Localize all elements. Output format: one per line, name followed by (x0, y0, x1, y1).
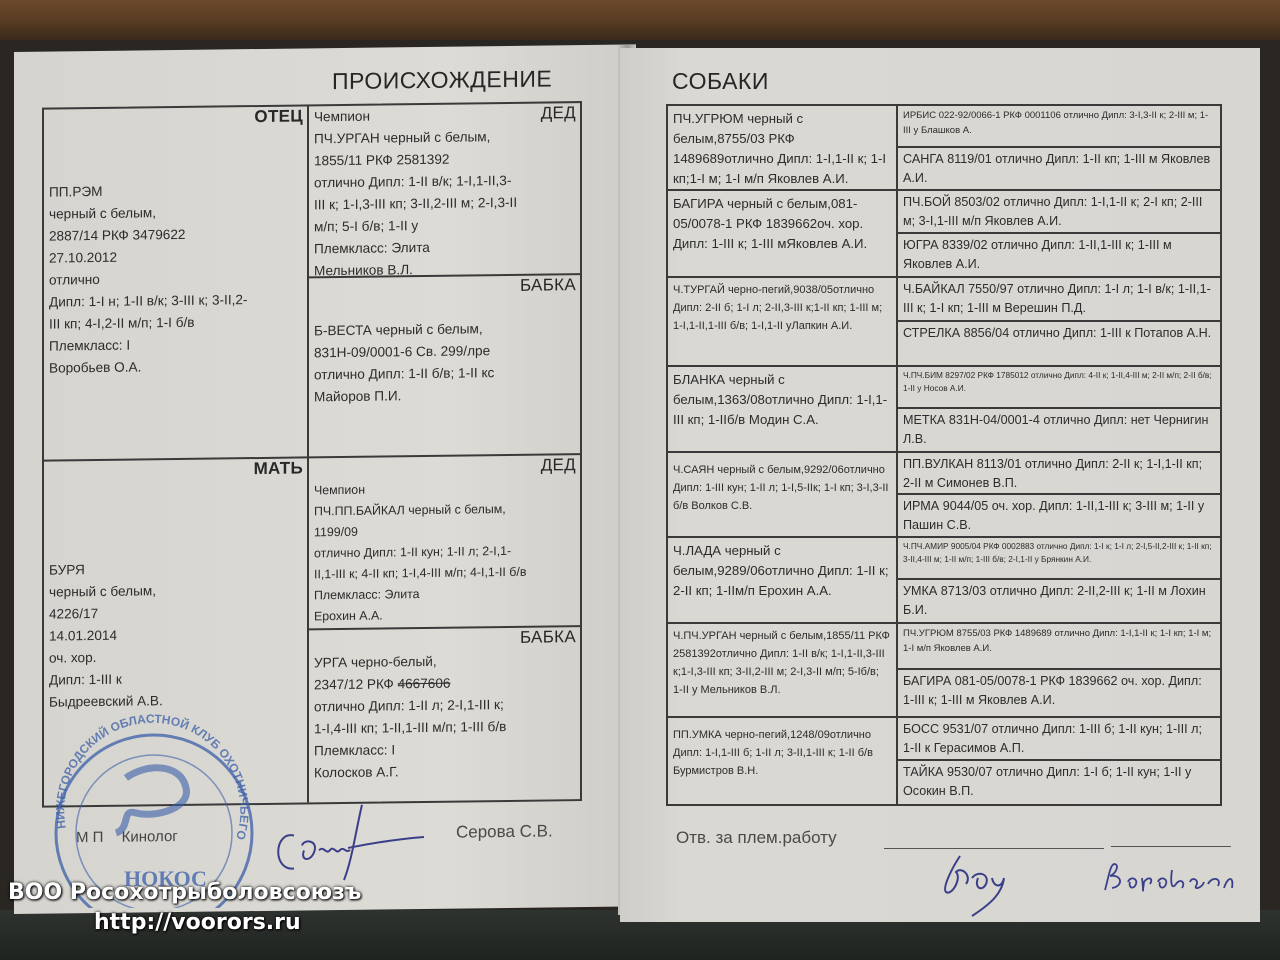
text-line: Ерохин А.А. (314, 603, 574, 627)
text-line: III кп; 4-I,2-II м/п; 1-I б/в (49, 310, 301, 335)
text-line: Б-ВЕСТА черный с белым, (314, 317, 574, 342)
grandfather-label: ДЕД (541, 455, 576, 475)
right-page: СОБАКИ ПЧ.УГРЮМ черный с белым,8755/03 Р… (620, 48, 1260, 922)
text-line: 9289/06 (717, 563, 765, 578)
mother-details: БУРЯчерный с белым,4226/1714.01.2014оч. … (49, 556, 301, 713)
name-line (1111, 846, 1231, 847)
text-line: 9292/06 (804, 464, 844, 476)
text-line: Племкласс: I (49, 332, 301, 357)
maternal-grandmother-cell: БАБКА УРГА черно-белый, 2347/12 РКФ 4667… (309, 627, 580, 802)
ancestor-subcell: ИРБИС 022-92/0066-1 РКФ 0001106 отлично … (898, 106, 1220, 148)
cynologist-name: Серова С.В. (456, 821, 553, 842)
text-line: Дипл: 1-I н; 1-II в/к; 3-III к; 3-II,2- (49, 288, 301, 313)
ancestor-cell: ПЧ.УГРЮМ черный с белым,8755/03 РКФ 1489… (668, 106, 898, 189)
text-line: 27.10.2012 (49, 244, 301, 269)
text-line: 1855/11 РКФ 2581392 (314, 147, 574, 172)
text-line: Дипл: 1-III к (49, 666, 301, 691)
text-line: Ч.ТУРГАЙ черно-пегий, (673, 284, 793, 296)
text-line: 4226/17 (49, 600, 301, 625)
cynologist-footer: М П Кинолог Серова С.В. (76, 828, 178, 846)
ancestor-subcell: ПП.ВУЛКАН 8113/01 отлично Дипл: 2-II к; … (898, 453, 1220, 495)
ancestor-subcell: САНГА 8119/01 отлично Дипл: 1-II кп; 1-I… (898, 148, 1220, 190)
ancestor-cell: БЛАНКА черный с белым,1363/08отлично Дип… (668, 367, 898, 451)
text-line: ПЧ.УРГАН черный с белым, (314, 125, 574, 150)
struck-registration-number: 4667606 (398, 676, 451, 692)
text-line: м/п; 5-I б/в; 1-II у (314, 213, 574, 238)
text-line: 831Н-09/0001-6 Св. 299/лре (314, 339, 574, 364)
paternal-grandfather-cell: ДЕД ЧемпионПЧ.УРГАН черный с белым,1855/… (309, 103, 580, 278)
text-line: 9038/05 (793, 284, 833, 296)
text-line: Лапкин А.И. (792, 320, 853, 332)
breeder-signature-icon (932, 848, 1022, 918)
ancestor-subcell: БОСС 9531/07 отлично Дипл: 1-III б; 1-II… (898, 718, 1220, 761)
left-page: ПРОИСХОЖДЕНИЕ ОТЕЦ ПП.РЭМчерный с белым,… (14, 44, 636, 914)
text-line: б/в Модин С.А. (727, 412, 819, 427)
father-cell: ОТЕЦ ПП.РЭМчерный с белым,2887/14 РКФ 34… (44, 106, 307, 461)
ancestor-row: БЛАНКА черный с белым,1363/08отлично Дип… (668, 367, 1220, 453)
text-line: Племкласс: Элита (314, 235, 574, 260)
paternal-grandmother-details: Б-ВЕСТА черный с белым,831Н-09/0001-6 Св… (314, 317, 574, 408)
page-title-origin: ПРОИСХОЖДЕНИЕ (332, 65, 552, 95)
paternal-grandfather-details: ЧемпионПЧ.УРГАН черный с белым,1855/11 Р… (314, 103, 574, 282)
seal-place-label: М П (76, 829, 103, 846)
grandmother-label: БАБКА (520, 275, 576, 296)
ancestor-row: ПП.УМКА черно-пегий,1248/09отлично Дипл:… (668, 718, 1220, 804)
cynologist-label: Кинолог (122, 828, 178, 846)
text-line: III к; 1-I,3-III кп; 3-II,2-III м; 2-I,3… (314, 191, 574, 216)
text-line: черный с белым, (49, 200, 301, 225)
text-line: 1-I,3-III кп; 3-II,2-III м; 2-I,3-II м/п… (681, 666, 861, 678)
wooden-table-background (0, 0, 1280, 40)
text-line: 2887/14 РКФ 3479622 (49, 222, 301, 247)
text-line: отлично Дипл: 1-II в/к; 1-I,1-II,3- (314, 169, 574, 194)
text-line: оч. хор. (49, 644, 301, 669)
ancestor-cell: Ч.САЯН черный с белым,9292/06отлично Дип… (668, 453, 898, 536)
text-line: ПП.РЭМ (49, 178, 301, 203)
text-line: Воробьев О.А. (49, 354, 301, 379)
ancestor-row: Ч.ПЧ.УРГАН черный с белым,1855/11 РКФ 25… (668, 624, 1220, 718)
maternal-grandfather-details: ЧемпионПЧ.ПП.БАЙКАЛ черный с белым,1199/… (314, 477, 574, 627)
page-title-dog: СОБАКИ (672, 68, 769, 95)
signature-line (884, 848, 1104, 849)
grandmother-label: БАБКА (520, 627, 576, 648)
text-line: черный с белым, (49, 578, 301, 603)
ancestor-subcell: БАГИРА 081-05/0078-1 РКФ 1839662 оч. хор… (898, 670, 1220, 716)
text-line: БУРЯ (49, 556, 301, 581)
father-details: ПП.РЭМчерный с белым,2887/14 РКФ 3479622… (49, 178, 301, 379)
text-line: м/п Ерохин А.А. (735, 583, 832, 598)
text-line: 1248/09 (790, 729, 830, 741)
text-line: отлично (49, 266, 301, 291)
site-watermark: ВОО Росохотрыболовсоюзъ http://voorors.r… (8, 878, 361, 938)
breeding-responsible-footer: Отв. за плем.работу (676, 828, 837, 848)
ancestor-subcell: ИРМА 9044/05 оч. хор. Дипл: 1-II,1-III к… (898, 495, 1220, 537)
ancestors-table: ПЧ.УГРЮМ черный с белым,8755/03 РКФ 1489… (666, 104, 1222, 806)
ancestor-subcell: ПЧ.УГРЮМ 8755/03 РКФ 1489689 отлично Дип… (898, 624, 1220, 670)
text-line: Быдреевский А.В. (49, 688, 301, 713)
ancestor-row: Ч.ТУРГАЙ черно-пегий,9038/05отлично Дипл… (668, 278, 1220, 367)
parents-column: ОТЕЦ ПП.РЭМчерный с белым,2887/14 РКФ 34… (44, 106, 309, 805)
ancestor-subcell: Ч.БАЙКАЛ 7550/97 отлично Дипл: 1-I л; 1-… (898, 278, 1220, 322)
text-line: отлично Дипл: 1-II б/в; 1-II кс (314, 361, 574, 386)
ancestor-subcell: УМКА 8713/03 отлично Дипл: 2-II,2-III к;… (898, 580, 1220, 622)
maternal-grandfather-cell: ДЕД ЧемпионПЧ.ПП.БАЙКАЛ черный с белым,1… (309, 455, 580, 630)
ancestor-cell: Ч.ПЧ.УРГАН черный с белым,1855/11 РКФ 25… (668, 624, 898, 716)
mother-label: МАТЬ (254, 458, 303, 479)
text-line: Чемпион (314, 103, 574, 128)
ancestor-row: ПЧ.УГРЮМ черный с белым,8755/03 РКФ 1489… (668, 106, 1220, 191)
text-line: 1-I м; 1-I м/п Яковлев А.И. (690, 171, 849, 186)
ancestor-row: БАГИРА черный с белым,081-05/0078-1 РКФ … (668, 191, 1220, 278)
ancestor-cell: Ч.ЛАДА черный с белым,9289/06отлично Дип… (668, 538, 898, 622)
text-line: Ч.ПЧ.УРГАН черный с белым, (673, 630, 826, 642)
mother-cell: МАТЬ БУРЯчерный с белым,4226/1714.01.201… (44, 458, 307, 805)
ancestor-subcell: ПЧ.БОЙ 8503/02 отлично Дипл: 1-I,1-II к;… (898, 191, 1220, 234)
ancestor-cell: БАГИРА черный с белым,081-05/0078-1 РКФ … (668, 191, 898, 276)
ancestor-row: Ч.ЛАДА черный с белым,9289/06отлично Дип… (668, 538, 1220, 624)
maternal-grandmother-details: УРГА черно-белый, 2347/12 РКФ 4667606 от… (314, 649, 574, 784)
ancestor-subcell: Ч.ПЧ.АМИР 9005/04 РКФ 0002883 отлично Ди… (898, 538, 1220, 580)
text-line: 14.01.2014 (49, 622, 301, 647)
paternal-grandmother-cell: БАБКА Б-ВЕСТА черный с белым,831Н-09/000… (309, 275, 580, 458)
text-line: ПП.УМКА черно-пегий, (673, 729, 790, 741)
breeder-name-signature-icon (1100, 860, 1240, 900)
ancestor-cell: Ч.ТУРГАЙ черно-пегий,9038/05отлично Дипл… (668, 278, 898, 365)
ancestor-row: Ч.САЯН черный с белым,9292/06отлично Дип… (668, 453, 1220, 538)
responsible-label: Отв. за плем.работу (676, 828, 837, 847)
watermark-org: ВОО Росохотрыболовсоюзъ (8, 880, 361, 905)
text-line: БАГИРА черный с белым, (673, 196, 831, 211)
ancestor-subcell: МЕТКА 831Н-04/0001-4 отлично Дипл: нет Ч… (898, 409, 1220, 451)
text-line: Ч.САЯН черный с белым, (673, 464, 804, 476)
ancestor-subcell: СТРЕЛКА 8856/04 отлично Дипл: 1-III к По… (898, 322, 1220, 366)
ancestor-subcell: ЮГРА 8339/02 отлично Дипл: 1-II,1-III к;… (898, 234, 1220, 277)
text-line: 1363/08 (717, 392, 765, 407)
watermark-url[interactable]: http://voorors.ru (8, 908, 361, 938)
text-line: Яковлев А.И. (786, 236, 867, 251)
ancestor-cell: ПП.УМКА черно-пегий,1248/09отлично Дипл:… (668, 718, 898, 804)
grandparents-column: ДЕД ЧемпионПЧ.УРГАН черный с белым,1855/… (309, 103, 580, 802)
ancestor-subcell: ТАЙКА 9530/07 отлично Дипл: 1-I б; 1-II … (898, 761, 1220, 804)
father-label: ОТЕЦ (254, 106, 303, 127)
text-line: Майоров П.И. (314, 383, 574, 408)
pedigree-table-parents: ОТЕЦ ПП.РЭМчерный с белым,2887/14 РКФ 34… (42, 101, 582, 808)
ancestor-subcell: Ч.ПЧ.БИМ 8297/02 РКФ 1785012 отлично Дип… (898, 367, 1220, 409)
